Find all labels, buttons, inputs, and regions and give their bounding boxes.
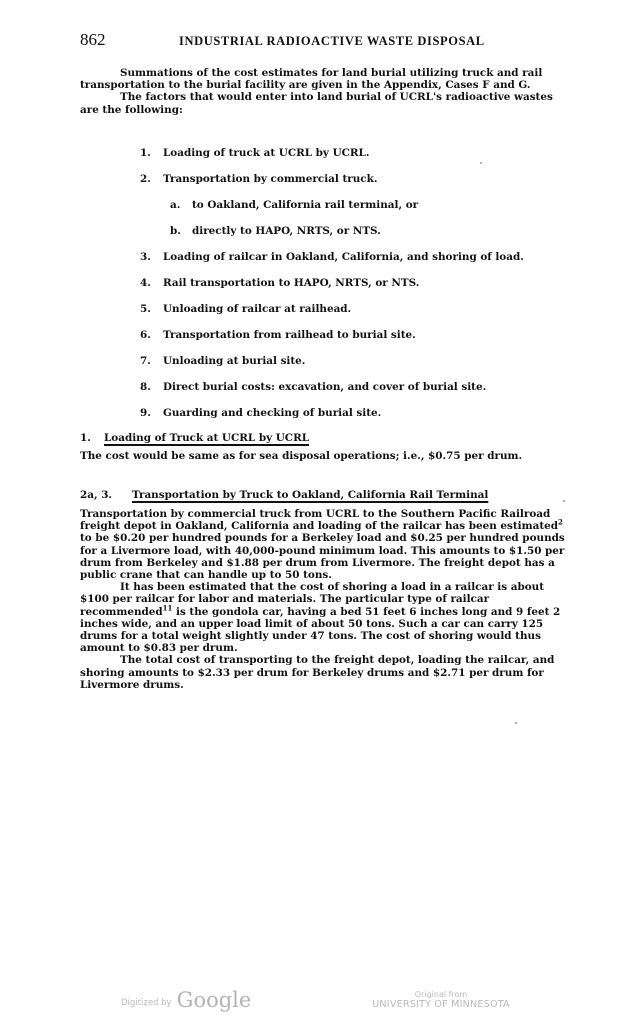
scan-speck <box>480 162 482 164</box>
google-logo: Google <box>177 988 252 1012</box>
list-item: 3.Loading of railcar in Oakland, Califor… <box>140 251 524 263</box>
section-2a3-paragraph-1: Transportation by commercial truck from … <box>80 508 570 581</box>
intro-text: Summations of the cost estimates for lan… <box>80 67 570 116</box>
list-item: 4.Rail transportation to HAPO, NRTS, or … <box>140 277 419 289</box>
intro-paragraph-2: The factors that would enter into land b… <box>80 91 570 115</box>
list-item: b.directly to HAPO, NRTS, or NTS. <box>170 225 381 237</box>
footnote-ref: 11 <box>163 603 173 612</box>
list-item: 2.Transportation by commercial truck. <box>140 173 377 185</box>
section-2a3-paragraph-2: It has been estimated that the cost of s… <box>80 581 570 654</box>
section-2a3-heading: 2a, 3.Transportation by Truck to Oakland… <box>80 489 488 501</box>
section-1-heading: 1.Loading of Truck at UCRL by UCRL <box>80 432 309 444</box>
list-item: 8.Direct burial costs: excavation, and c… <box>140 381 486 393</box>
list-item: 5.Unloading of railcar at railhead. <box>140 303 351 315</box>
running-title: INDUSTRIAL RADIOACTIVE WASTE DISPOSAL <box>179 34 485 49</box>
list-item: 6.Transportation from railhead to burial… <box>140 329 416 341</box>
section-2a3-paragraph-3: The total cost of transporting to the fr… <box>80 654 570 691</box>
list-item: 7.Unloading at burial site. <box>140 355 305 367</box>
list-item: a.to Oakland, California rail terminal, … <box>170 199 418 211</box>
list-item: 1.Loading of truck at UCRL by UCRL. <box>140 147 369 159</box>
section-2a3-body: Transportation by commercial truck from … <box>80 508 570 691</box>
scan-speck <box>563 500 565 502</box>
footnote-ref: 2 <box>558 518 563 527</box>
page-number: 862 <box>80 30 106 50</box>
original-from: Original from UNIVERSITY OF MINNESOTA <box>366 990 516 1010</box>
intro-paragraph-1: Summations of the cost estimates for lan… <box>80 67 570 91</box>
institution-name: UNIVERSITY OF MINNESOTA <box>366 999 516 1010</box>
scan-speck <box>515 722 517 724</box>
digitized-by-google: Digitized by Google <box>121 988 251 1012</box>
scanned-book-page: 862 INDUSTRIAL RADIOACTIVE WASTE DISPOSA… <box>0 0 620 1023</box>
section-1-body: The cost would be same as for sea dispos… <box>80 450 570 462</box>
list-item: 9.Guarding and checking of burial site. <box>140 407 381 419</box>
